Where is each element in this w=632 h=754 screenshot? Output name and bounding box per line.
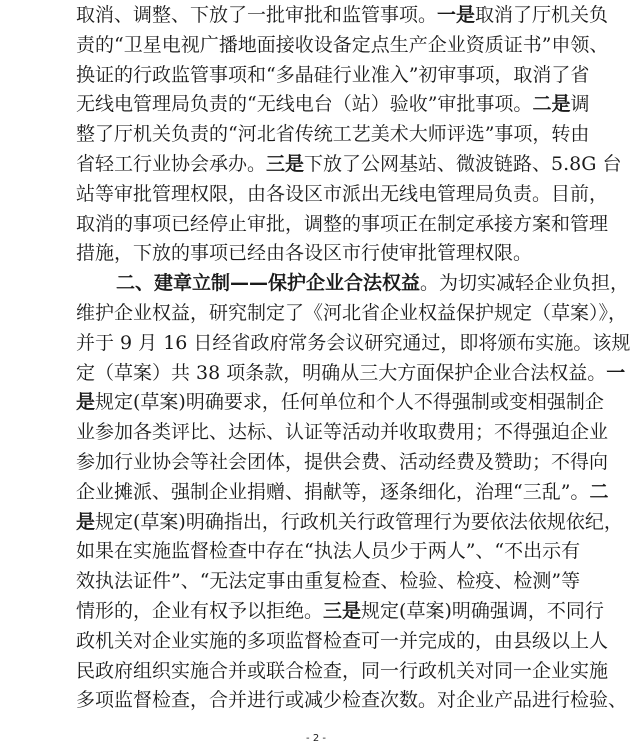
bold-text: 二 bbox=[589, 481, 608, 503]
document-page: 取消、调整、下放了一批审批和监管事项。一是取消了厅机关负责的“卫星电视广播地面接… bbox=[0, 0, 632, 754]
text-run: 整了厅机关负责的“河北省传统工艺美术大师评选”事项，转由 bbox=[76, 123, 589, 145]
text-run: 调 bbox=[570, 93, 589, 115]
text-run: 参加行业协会等社会团体，提供会费、活动经费及赞助；不得向 bbox=[76, 451, 608, 473]
body-text: 取消、调整、下放了一批审批和监管事项。一是取消了厅机关负责的“卫星电视广播地面接… bbox=[76, 1, 554, 716]
text-run: 如果在实施监督检查中存在“执法人员少于两人”、“不出示有 bbox=[76, 540, 580, 562]
text-run: 下放了公网基站、微波链路、5.8G 台 bbox=[304, 153, 621, 175]
text-line: 维护企业权益，研究制定了《河北省企业权益保护规定（草案）》， bbox=[76, 299, 554, 329]
text-line: 政机关对企业实施的多项监督检查可一并完成的，由县级以上人 bbox=[76, 627, 554, 657]
text-line: 民政府组织实施合并或联合检查，同一行政机关对同一企业实施 bbox=[76, 657, 554, 687]
text-line: 定（草案）共 38 项条款，明确从三大方面保护企业合法权益。一 bbox=[76, 359, 554, 389]
paragraph: 取消、调整、下放了一批审批和监管事项。一是取消了厅机关负责的“卫星电视广播地面接… bbox=[76, 1, 554, 269]
text-line: 换证的行政监管事项和“多晶硅行业准入”初审事项，取消了省 bbox=[76, 61, 554, 91]
text-run: 企业摊派、强制企业捐赠、捐献等，逐条细化，治理“三乱”。 bbox=[76, 481, 589, 503]
text-line: 取消、调整、下放了一批审批和监管事项。一是取消了厅机关负 bbox=[76, 1, 554, 31]
bold-text: 一 bbox=[606, 362, 625, 384]
text-line: 整了厅机关负责的“河北省传统工艺美术大师评选”事项，转由 bbox=[76, 120, 554, 150]
text-run: 换证的行政监管事项和“多晶硅行业准入”初审事项，取消了省 bbox=[76, 64, 589, 86]
text-run: 站等审批管理权限，由各设区市派出无线电管理局负责。目前， bbox=[76, 183, 608, 205]
text-run: 效执法证件”、“无法定事由重复检查、检验、检疫、检测”等 bbox=[76, 570, 580, 592]
text-line: 二、建章立制——保护企业合法权益。为切实减轻企业负担， bbox=[76, 269, 554, 299]
bold-text: 三是 bbox=[323, 600, 361, 622]
text-run: 政机关对企业实施的多项监督检查可一并完成的，由县级以上人 bbox=[76, 630, 608, 652]
text-run: 规定(草案)明确强调，不同行 bbox=[361, 600, 604, 622]
text-line: 企业摊派、强制企业捐赠、捐献等，逐条细化，治理“三乱”。二 bbox=[76, 478, 554, 508]
page-number: - 2 - bbox=[0, 733, 632, 744]
text-run: 业参加各类评比、达标、认证等活动并收取费用；不得强迫企业 bbox=[76, 421, 608, 443]
bold-text: 二是 bbox=[532, 93, 570, 115]
bold-text: 二、建章立制——保护企业合法权益 bbox=[116, 272, 420, 294]
text-line: 参加行业协会等社会团体，提供会费、活动经费及赞助；不得向 bbox=[76, 448, 554, 478]
text-run: 取消的事项已经停止审批，调整的事项正在制定承接方案和管理 bbox=[76, 213, 608, 235]
bold-text: 是 bbox=[76, 511, 95, 533]
text-run: 措施，下放的事项已经由各设区市行使审批管理权限。 bbox=[76, 242, 532, 264]
text-line: 措施，下放的事项已经由各设区市行使审批管理权限。 bbox=[76, 239, 554, 269]
text-run: 维护企业权益，研究制定了《河北省企业权益保护规定（草案）》， bbox=[76, 302, 627, 324]
text-run: 规定(草案)明确要求，任何单位和个人不得强制或变相强制企 bbox=[95, 391, 604, 413]
text-run: 取消了厅机关负 bbox=[475, 4, 608, 26]
text-line: 省轻工行业协会承办。三是下放了公网基站、微波链路、5.8G 台 bbox=[76, 150, 554, 180]
text-run: 定（草案）共 38 项条款，明确从三大方面保护企业合法权益。 bbox=[76, 362, 606, 384]
bold-text: 是 bbox=[76, 391, 95, 413]
paragraph: 二、建章立制——保护企业合法权益。为切实减轻企业负担，维护企业权益，研究制定了《… bbox=[76, 269, 554, 716]
text-run: 省轻工行业协会承办。 bbox=[76, 153, 266, 175]
text-line: 责的“卫星电视广播地面接收设备定点生产企业资质证书”申领、 bbox=[76, 31, 554, 61]
text-run: 无线电管理局负责的“无线电台（站）验收”审批事项。 bbox=[76, 93, 532, 115]
text-line: 是规定(草案)明确要求，任何单位和个人不得强制或变相强制企 bbox=[76, 388, 554, 418]
text-line: 情形的，企业有权予以拒绝。三是规定(草案)明确强调，不同行 bbox=[76, 597, 554, 627]
text-line: 无线电管理局负责的“无线电台（站）验收”审批事项。二是调 bbox=[76, 90, 554, 120]
bold-text: 三是 bbox=[266, 153, 304, 175]
text-line: 是规定(草案)明确指出，行政机关行政管理行为要依法依规依纪， bbox=[76, 508, 554, 538]
text-line: 如果在实施监督检查中存在“执法人员少于两人”、“不出示有 bbox=[76, 537, 554, 567]
text-run: 规定(草案)明确指出，行政机关行政管理行为要依法依规依纪， bbox=[95, 511, 623, 533]
text-line: 多项监督检查，合并进行或减少检查次数。对企业产品进行检验、 bbox=[76, 686, 554, 716]
text-run: 民政府组织实施合并或联合检查，同一行政机关对同一企业实施 bbox=[76, 660, 608, 682]
text-run: 责的“卫星电视广播地面接收设备定点生产企业资质证书”申领、 bbox=[76, 34, 608, 56]
text-line: 站等审批管理权限，由各设区市派出无线电管理局负责。目前， bbox=[76, 180, 554, 210]
text-run: 情形的，企业有权予以拒绝。 bbox=[76, 600, 323, 622]
text-line: 效执法证件”、“无法定事由重复检查、检验、检疫、检测”等 bbox=[76, 567, 554, 597]
text-line: 业参加各类评比、达标、认证等活动并收取费用；不得强迫企业 bbox=[76, 418, 554, 448]
text-run: 并于 9 月 16 日经省政府常务会议研究通过，即将颁布实施。该规 bbox=[76, 332, 630, 354]
text-run: 取消、调整、下放了一批审批和监管事项。 bbox=[76, 4, 437, 26]
text-run: 。为切实减轻企业负担， bbox=[420, 272, 629, 294]
text-run: 多项监督检查，合并进行或减少检查次数。对企业产品进行检验、 bbox=[76, 689, 627, 711]
text-line: 并于 9 月 16 日经省政府常务会议研究通过，即将颁布实施。该规 bbox=[76, 329, 554, 359]
text-line: 取消的事项已经停止审批，调整的事项正在制定承接方案和管理 bbox=[76, 210, 554, 240]
bold-text: 一是 bbox=[437, 4, 475, 26]
